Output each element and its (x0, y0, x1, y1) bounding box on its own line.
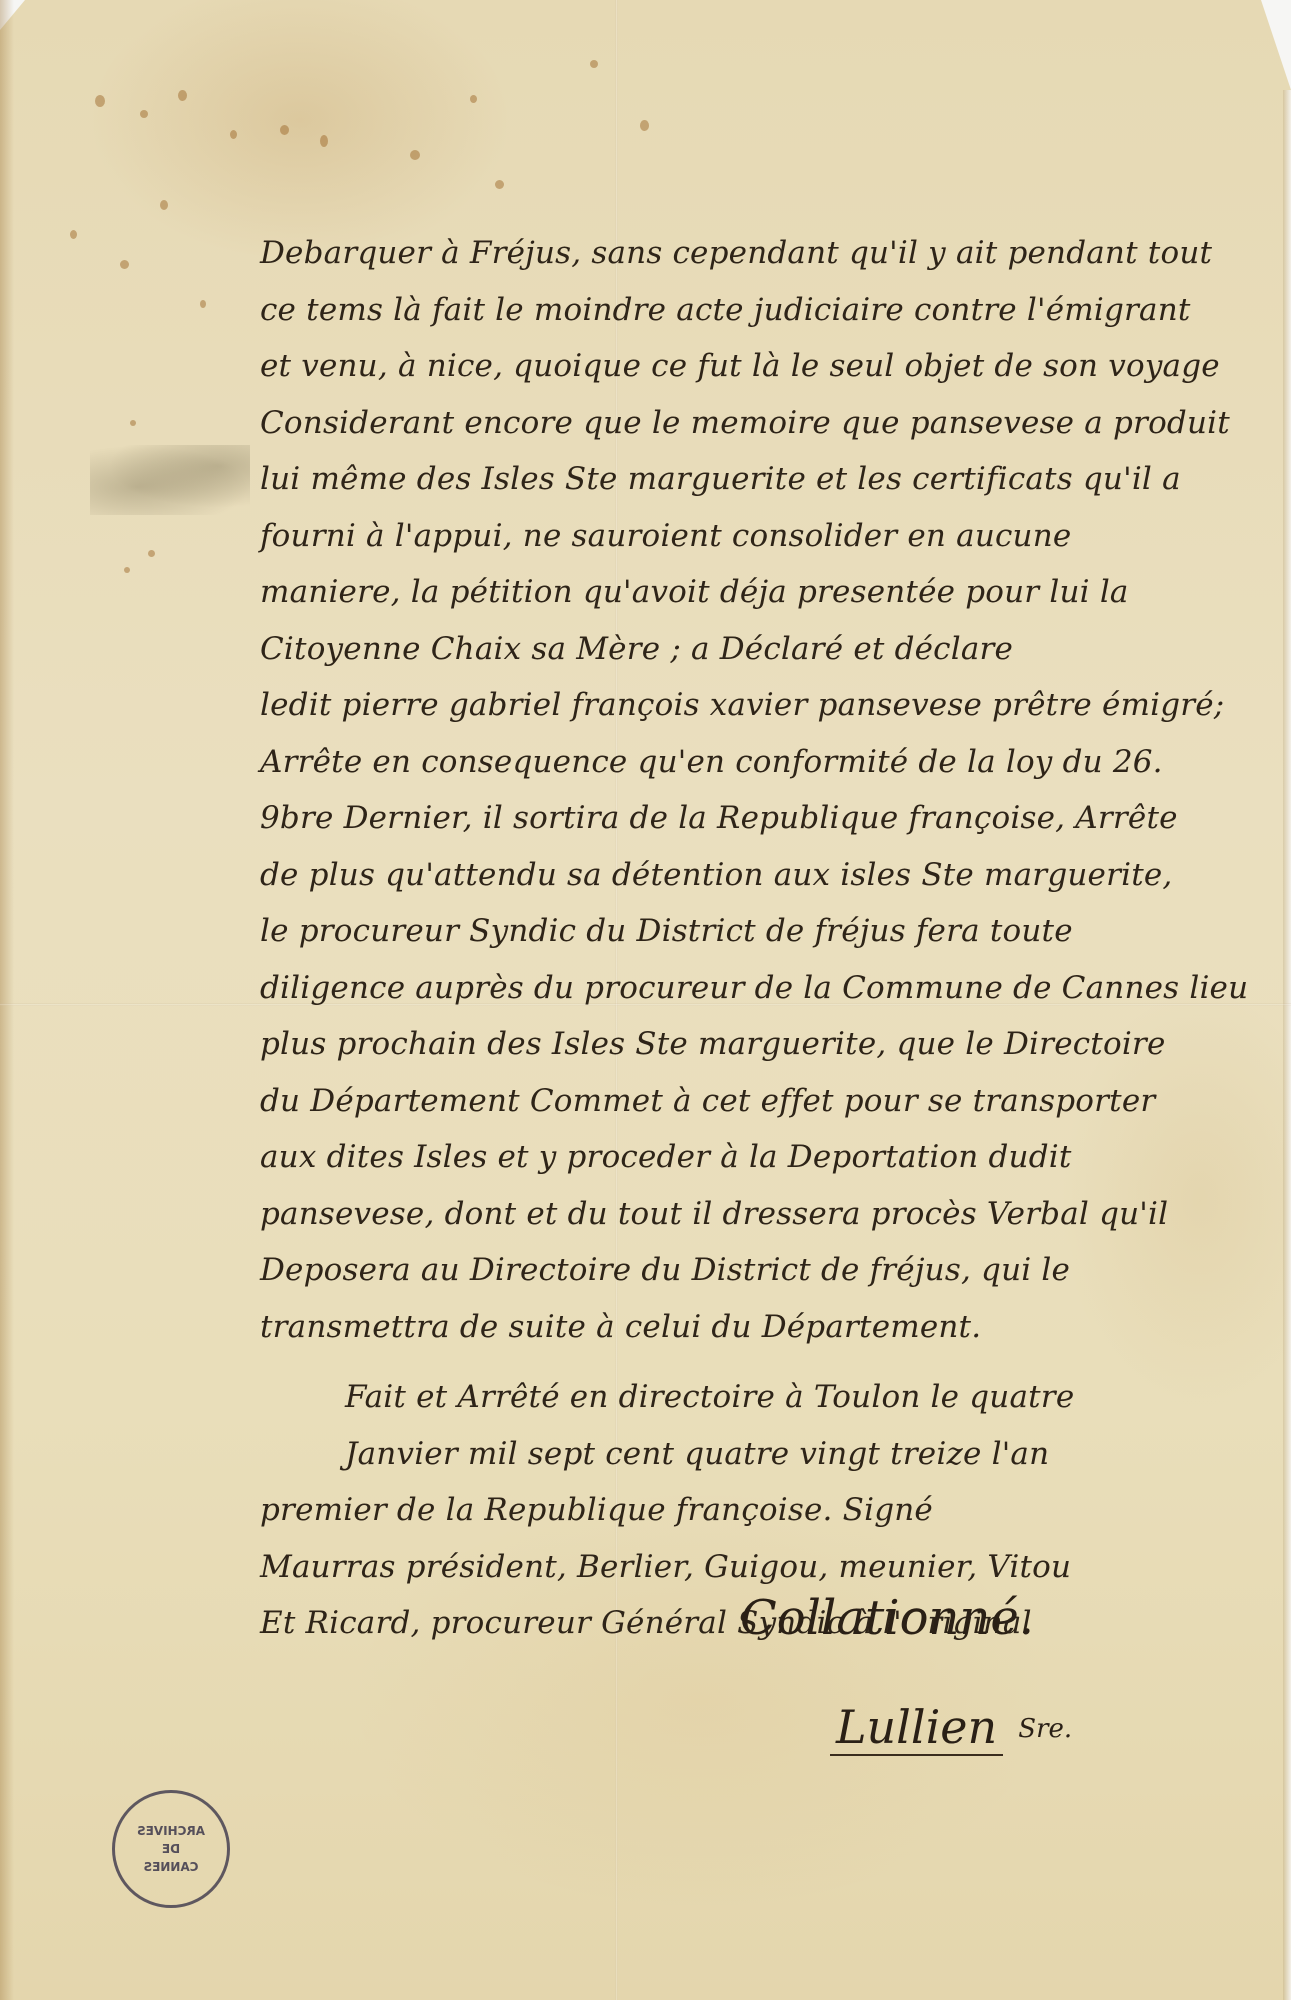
foxing-spot (280, 125, 289, 135)
text-line: plus prochain des Isles Ste marguerite, … (260, 1016, 1250, 1073)
foxing-spot (410, 150, 420, 160)
collation-block: Collationné. Lullien Sre. (740, 1590, 1240, 1756)
text-line-arrete: Arrête en consequence qu'en conformité d… (260, 734, 1250, 791)
foxing-spot (320, 135, 328, 147)
text-line: maniere, la pétition qu'avoit déja prese… (260, 564, 1250, 621)
stamp-line: ARCHIVES (137, 1822, 205, 1840)
foxing-spot (130, 420, 136, 426)
foxing-spot (148, 550, 155, 557)
decree-body: Debarquer à Fréjus, sans cependant qu'il… (260, 225, 1250, 1652)
text-line: et venu, à nice, quoique ce fut là le se… (260, 338, 1250, 395)
text-line: du Département Commet à cet effet pour s… (260, 1073, 1250, 1130)
text-line-declaration: Citoyenne Chaix sa Mère ; a Déclaré et d… (260, 621, 1250, 678)
closing-line: Fait et Arrêté en directoire à Toulon le… (260, 1369, 1250, 1426)
foxing-spot (640, 120, 649, 131)
text-line: 9bre Dernier, il sortira de la Republiqu… (260, 790, 1250, 847)
foxing-spot (160, 200, 168, 210)
text-line: lui même des Isles Ste marguerite et les… (260, 451, 1250, 508)
secretary-signature: Lullien (830, 1700, 1003, 1756)
foxing-spot (120, 260, 129, 269)
page-edge-right (1283, 90, 1291, 2000)
text-line: transmettra de suite à celui du Départem… (260, 1299, 1250, 1356)
text-line: aux dites Isles et y proceder à la Depor… (260, 1129, 1250, 1186)
stamp-line: CANNES (143, 1858, 198, 1876)
text-line: diligence auprès du procureur de la Comm… (260, 960, 1250, 1017)
page-edge-left (0, 0, 14, 2000)
text-line: Citoyenne Chaix sa Mère ; a Déclaré et d… (260, 631, 1013, 667)
text-line: ledit pierre gabriel françois xavier pan… (260, 677, 1250, 734)
text-line: Deposera au Directoire du District de fr… (260, 1242, 1250, 1299)
text-line: Considerant encore que le memoire que pa… (260, 395, 1250, 452)
signature-title: Sre. (1018, 1714, 1072, 1744)
text-line: fourni à l'appui, ne sauroient consolide… (260, 508, 1250, 565)
closing-line: Maurras président, Berlier, Guigou, meun… (260, 1539, 1250, 1596)
closing-line: Janvier mil sept cent quatre vingt treiz… (260, 1426, 1250, 1483)
ink-smudge (90, 445, 250, 515)
text-line: pansevese, dont et du tout il dressera p… (260, 1186, 1250, 1243)
archive-stamp: ARCHIVES DE CANNES (112, 1790, 230, 1908)
foxing-spot (495, 180, 504, 189)
stamp-line: DE (162, 1840, 180, 1858)
collation-mark: Collationné. (740, 1590, 1240, 1670)
text-line: le procureur Syndic du District de fréju… (260, 903, 1250, 960)
foxing-spot (230, 130, 237, 139)
text-line: ce tems là fait le moindre acte judiciai… (260, 282, 1250, 339)
foxing-spot (470, 95, 477, 103)
torn-corner-top-right (1261, 0, 1291, 90)
closing-line: premier de la Republique françoise. Sign… (260, 1482, 1250, 1539)
text-line: de plus qu'attendu sa détention aux isle… (260, 847, 1250, 904)
foxing-spot (70, 230, 77, 239)
foxing-spot (140, 110, 148, 118)
manuscript-page: Debarquer à Fréjus, sans cependant qu'il… (0, 0, 1291, 2000)
foxing-spot (178, 90, 187, 101)
foxing-spot (200, 300, 206, 308)
foxing-spot (124, 567, 130, 573)
text-line: Debarquer à Fréjus, sans cependant qu'il… (260, 225, 1250, 282)
foxing-spot (95, 95, 105, 107)
foxing-spot (590, 60, 598, 68)
